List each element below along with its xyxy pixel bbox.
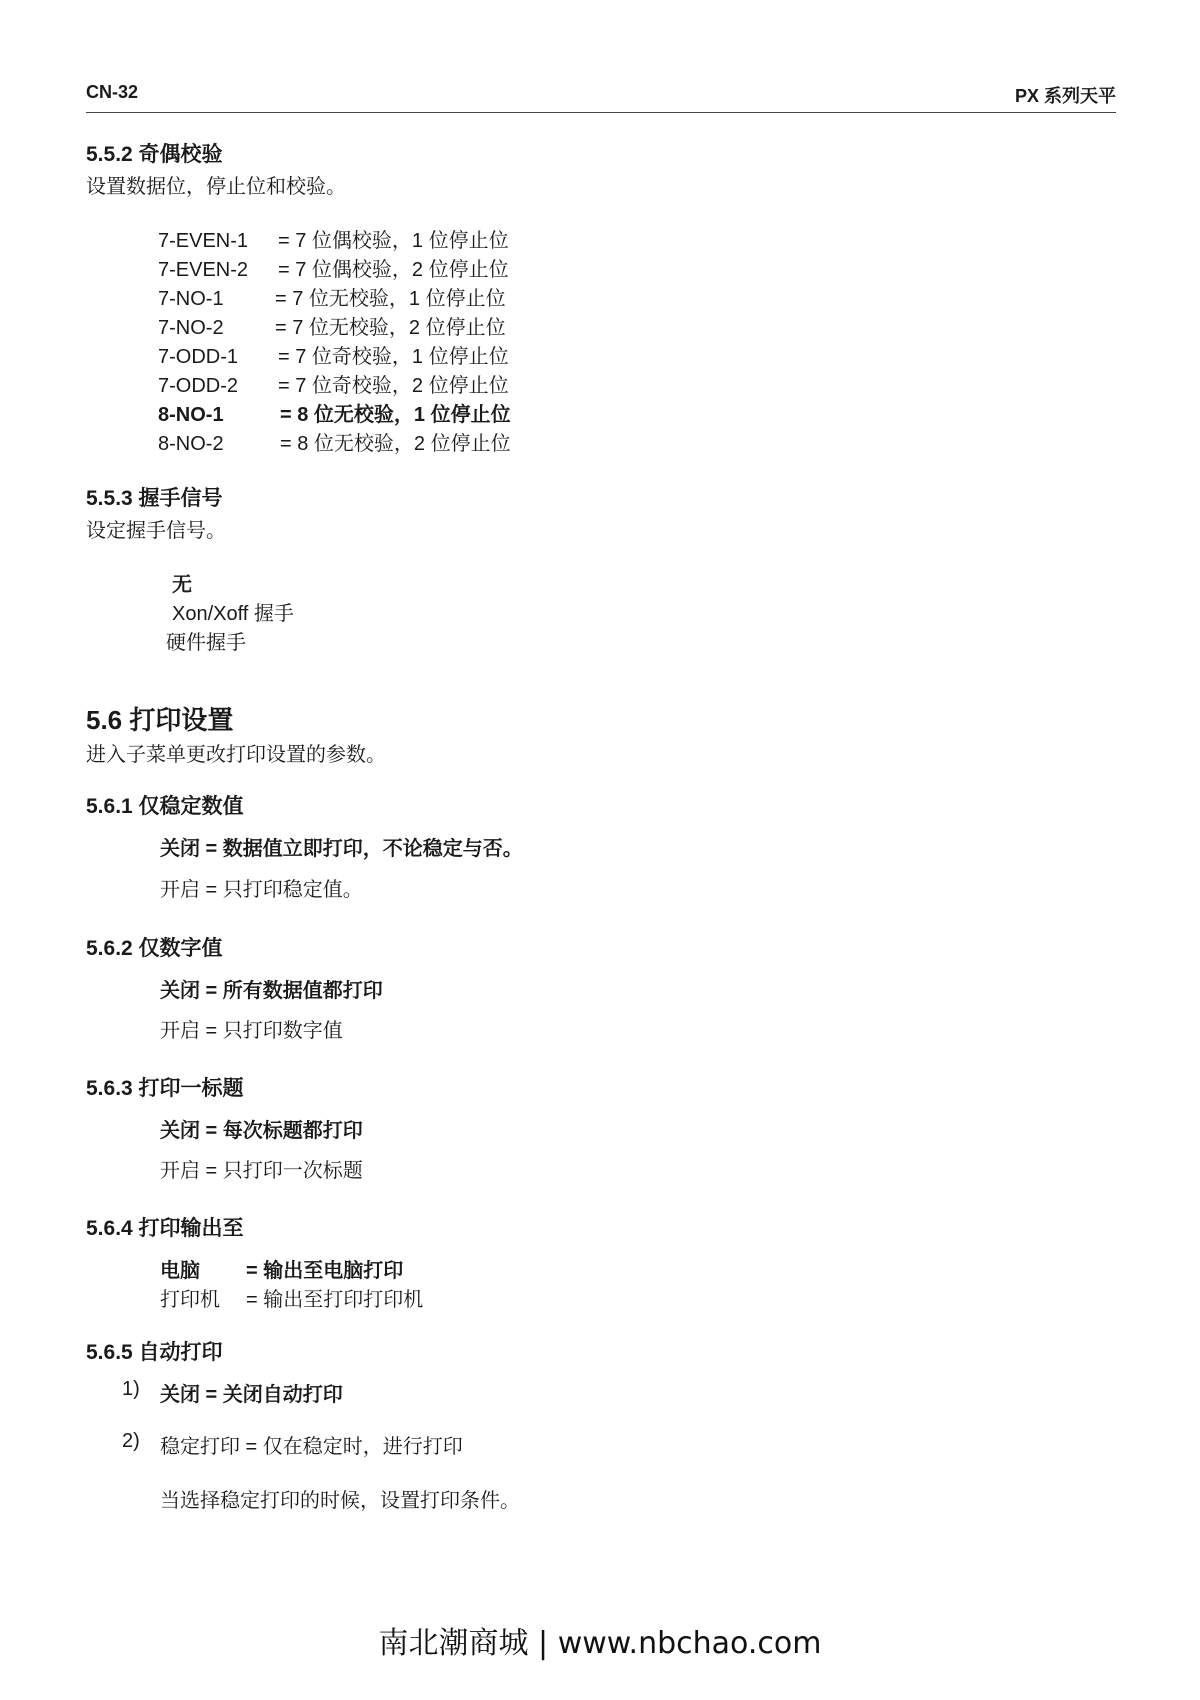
output-key: 电脑 — [160, 1254, 246, 1283]
page-number: CN-32 — [86, 82, 138, 103]
list-number-1: 1) — [122, 1378, 140, 1401]
heading-5-5-2: 5.5.2 奇偶校验 — [86, 138, 223, 168]
option-code: 8-NO-1 — [158, 404, 280, 427]
output-desc: = 输出至打印打印机 — [246, 1289, 423, 1311]
handshake-option-hardware: 硬件握手 — [166, 626, 246, 655]
heading-5-6: 5.6 打印设置 — [86, 700, 233, 737]
heading-5-5-3: 5.5.3 握手信号 — [86, 482, 223, 512]
option-desc: = 8 位无校验，1 位停止位 — [280, 398, 511, 427]
option-code: 7-EVEN-1 — [158, 230, 278, 253]
heading-5-6-1: 5.6.1 仅稳定数值 — [86, 790, 244, 820]
parity-option-8-no-2: 8-NO-2= 8 位无校验，2 位停止位 — [158, 427, 511, 456]
heading-5-6-5: 5.6.5 自动打印 — [86, 1336, 223, 1366]
auto-print-stable-note: 当选择稳定打印的时候，设置打印条件。 — [160, 1484, 520, 1513]
option-desc: = 7 位奇校验，2 位停止位 — [278, 369, 509, 398]
parity-option-8-no-1-default: 8-NO-1= 8 位无校验，1 位停止位 — [158, 398, 511, 427]
series-title: PX 系列天平 — [1015, 82, 1116, 108]
stable-only-off-desc: 关闭 = 数据值立即打印，不论稳定与否。 — [160, 832, 523, 861]
option-code: 7-ODD-2 — [158, 375, 278, 398]
option-desc: = 7 位偶校验，1 位停止位 — [278, 224, 509, 253]
parity-option-7-odd-1: 7-ODD-1= 7 位奇校验，1 位停止位 — [158, 340, 509, 369]
auto-print-off-desc: 关闭 = 关闭自动打印 — [160, 1378, 343, 1407]
parity-option-7-odd-2: 7-ODD-2= 7 位奇校验，2 位停止位 — [158, 369, 509, 398]
parity-option-7-even-1: 7-EVEN-1= 7 位偶校验，1 位停止位 — [158, 224, 509, 253]
parity-option-7-even-2: 7-EVEN-2= 7 位偶校验，2 位停止位 — [158, 253, 509, 282]
handshake-option-none: 无 — [172, 568, 192, 597]
parity-option-7-no-2: 7-NO-2= 7 位无校验，2 位停止位 — [158, 311, 506, 340]
stable-only-on-desc: 开启 = 只打印稳定值。 — [160, 873, 363, 902]
numeric-only-off-desc: 关闭 = 所有数据值都打印 — [160, 974, 383, 1003]
option-desc: = 7 位无校验，1 位停止位 — [275, 282, 506, 311]
option-code: 7-EVEN-2 — [158, 259, 278, 282]
intro-5-6: 进入子菜单更改打印设置的参数。 — [86, 738, 386, 767]
option-code: 8-NO-2 — [158, 433, 280, 456]
parity-option-7-no-1: 7-NO-1= 7 位无校验，1 位停止位 — [158, 282, 506, 311]
output-desc: = 输出至电脑打印 — [246, 1260, 403, 1282]
page-header: CN-32 PX 系列天平 — [86, 82, 1116, 113]
output-option-printer: 打印机= 输出至打印打印机 — [160, 1283, 423, 1312]
list-number-2: 2) — [122, 1430, 140, 1453]
option-code: 7-NO-1 — [158, 288, 275, 311]
heading-5-6-2: 5.6.2 仅数字值 — [86, 932, 223, 962]
numeric-only-on-desc: 开启 = 只打印数字值 — [160, 1014, 343, 1043]
single-header-on-desc: 开启 = 只打印一次标题 — [160, 1154, 363, 1183]
heading-5-6-4: 5.6.4 打印输出至 — [86, 1212, 244, 1242]
option-desc: = 7 位奇校验，1 位停止位 — [278, 340, 509, 369]
footer-watermark: 南北潮商城 | www.nbchao.com — [0, 1618, 1200, 1662]
intro-5-5-2: 设置数据位，停止位和校验。 — [86, 170, 346, 199]
option-desc: = 8 位无校验，2 位停止位 — [280, 427, 511, 456]
output-option-pc: 电脑= 输出至电脑打印 — [160, 1254, 403, 1283]
option-desc: = 7 位偶校验，2 位停止位 — [278, 253, 509, 282]
heading-5-6-3: 5.6.3 打印一标题 — [86, 1072, 244, 1102]
auto-print-stable-desc: 稳定打印 = 仅在稳定时，进行打印 — [160, 1430, 463, 1459]
single-header-off-desc: 关闭 = 每次标题都打印 — [160, 1114, 363, 1143]
intro-5-5-3: 设定握手信号。 — [86, 514, 226, 543]
option-code: 7-NO-2 — [158, 317, 275, 340]
handshake-option-xon-xoff: Xon/Xoff 握手 — [172, 597, 294, 626]
option-desc: = 7 位无校验，2 位停止位 — [275, 311, 506, 340]
option-code: 7-ODD-1 — [158, 346, 278, 369]
output-key: 打印机 — [160, 1283, 246, 1312]
